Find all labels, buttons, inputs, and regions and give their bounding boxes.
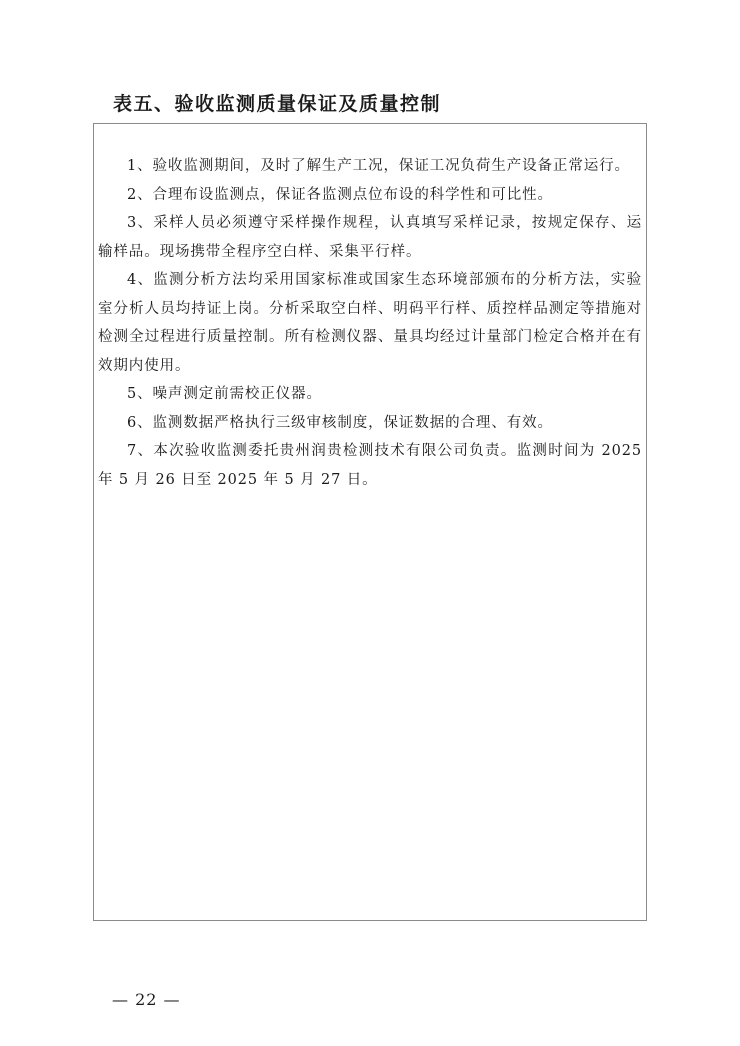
paragraph-1: 1、验收监测期间，及时了解生产工况，保证工况负荷生产设备正常运行。 — [98, 152, 642, 181]
section-title: 表五、验收监测质量保证及质量控制 — [113, 89, 441, 116]
paragraph-7: 7、本次验收监测委托贵州润贵检测技术有限公司负责。监测时间为 2025 年 5 … — [98, 437, 642, 494]
quality-control-list: 1、验收监测期间，及时了解生产工况，保证工况负荷生产设备正常运行。 2、合理布设… — [98, 152, 642, 494]
paragraph-3: 3、采样人员必须遵守采样操作规程，认真填写采样记录，按规定保存、运输样品。现场携… — [98, 209, 642, 266]
page-number: — 22 — — [112, 990, 181, 1009]
paragraph-4: 4、监测分析方法均采用国家标准或国家生态环境部颁布的分析方法，实验室分析人员均持… — [98, 266, 642, 380]
paragraph-2: 2、合理布设监测点，保证各监测点位布设的科学性和可比性。 — [98, 181, 642, 210]
content-table-box: 1、验收监测期间，及时了解生产工况，保证工况负荷生产设备正常运行。 2、合理布设… — [93, 123, 647, 921]
paragraph-5: 5、噪声测定前需校正仪器。 — [98, 380, 642, 409]
paragraph-6: 6、监测数据严格执行三级审核制度，保证数据的合理、有效。 — [98, 409, 642, 438]
